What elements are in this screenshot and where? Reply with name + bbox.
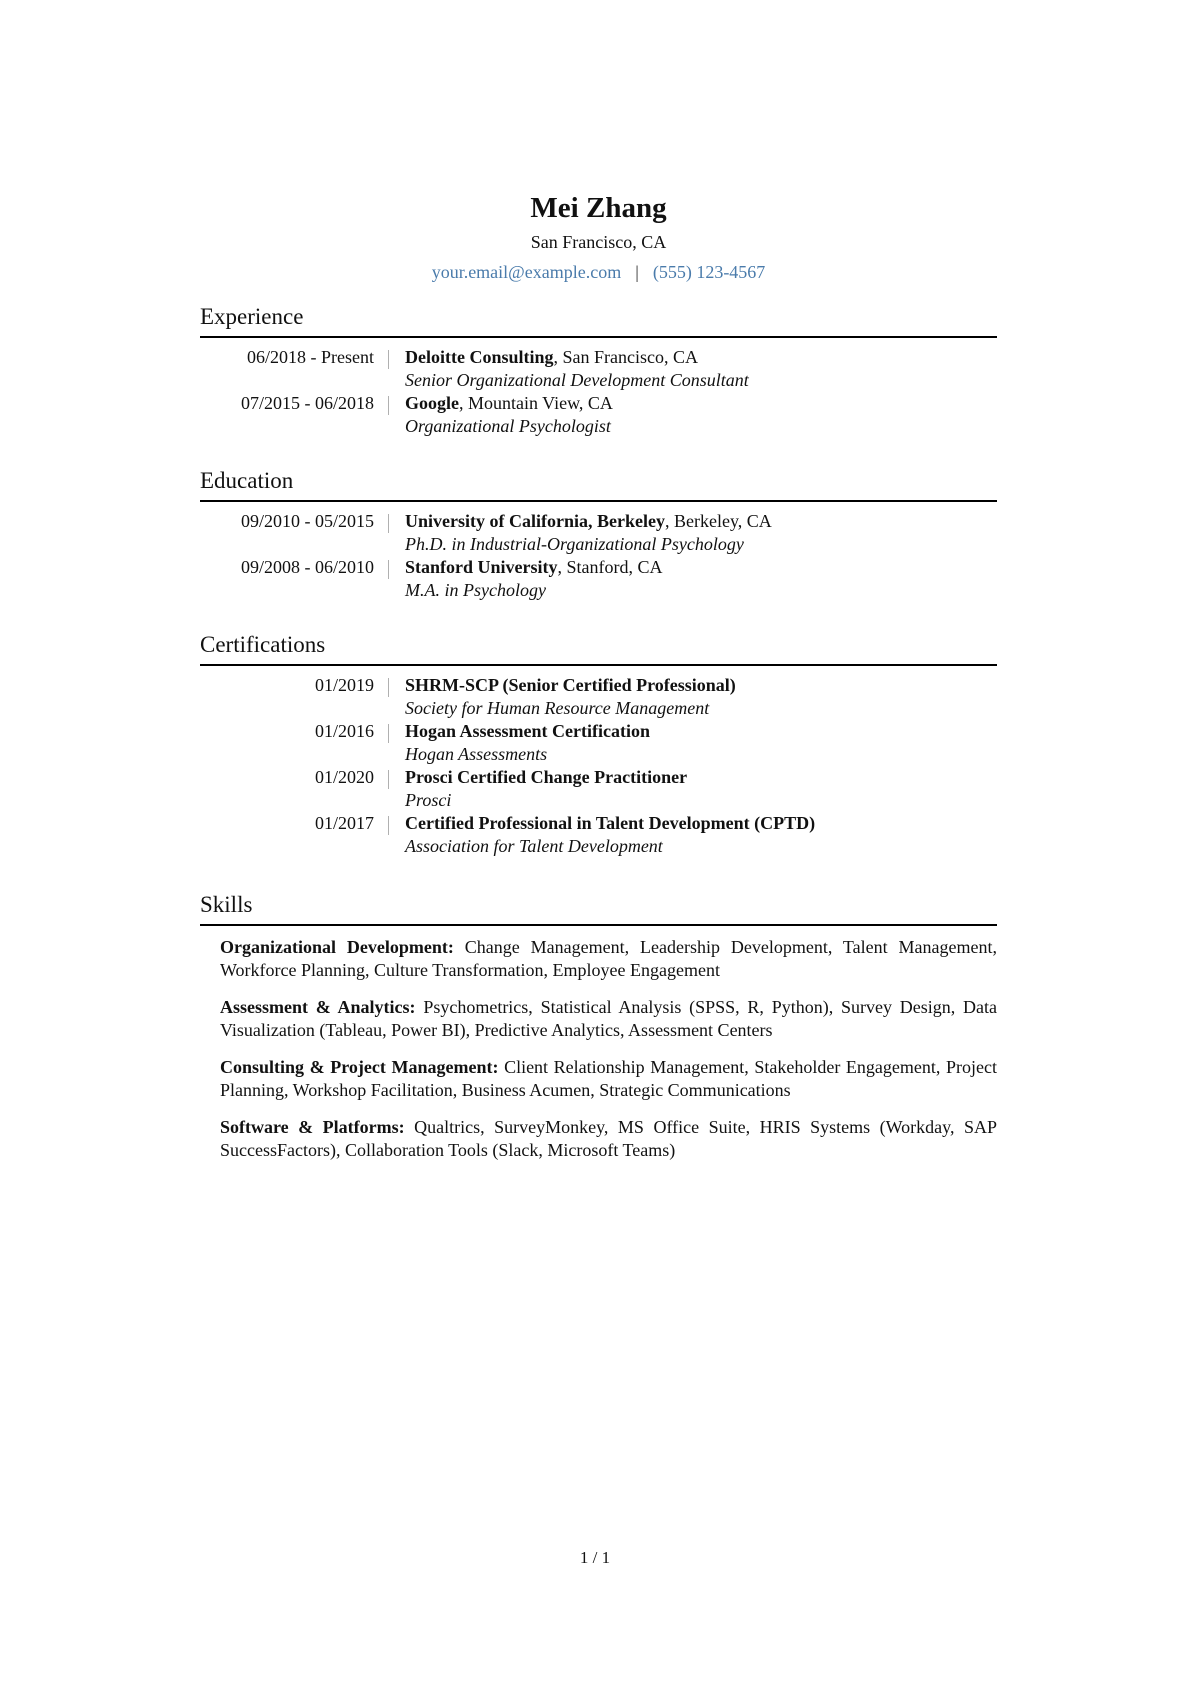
entry-role: Organizational Psychologist xyxy=(405,415,613,438)
entry-role: Prosci xyxy=(405,789,687,812)
section-divider xyxy=(200,500,997,502)
skill-group-label: Software & Platforms: xyxy=(220,1117,405,1137)
candidate-name: Mei Zhang xyxy=(200,190,997,226)
skill-group: Organizational Development: Change Manag… xyxy=(220,936,997,982)
email-link[interactable]: your.email@example.com xyxy=(432,262,622,282)
entry-body: University of California, Berkeley, Berk… xyxy=(389,510,772,556)
education-section: Education 09/2010 - 05/2015University of… xyxy=(200,467,997,602)
entry-row: 06/2018 - PresentDeloitte Consulting, Sa… xyxy=(200,346,997,392)
entry-location: , Berkeley, CA xyxy=(665,511,772,531)
certifications-list: 01/2019SHRM-SCP (Senior Certified Profes… xyxy=(200,674,997,858)
entry-date: 07/2015 - 06/2018 xyxy=(200,392,388,438)
section-divider xyxy=(200,924,997,926)
entry-location: , San Francisco, CA xyxy=(554,347,698,367)
entry-body: SHRM-SCP (Senior Certified Professional)… xyxy=(389,674,736,720)
entry-row: 01/2016Hogan Assessment CertificationHog… xyxy=(200,720,997,766)
page-indicator: 1 / 1 xyxy=(0,1548,1190,1568)
entry-role: Society for Human Resource Management xyxy=(405,697,736,720)
entry-role: M.A. in Psychology xyxy=(405,579,663,602)
skills-list: Organizational Development: Change Manag… xyxy=(200,936,997,1162)
entry-organization: Google xyxy=(405,393,459,413)
entry-organization: Prosci Certified Change Practitioner xyxy=(405,767,687,787)
experience-section: Experience 06/2018 - PresentDeloitte Con… xyxy=(200,303,997,438)
entry-organization: Certified Professional in Talent Develop… xyxy=(405,813,815,833)
entry-organization: SHRM-SCP (Senior Certified Professional) xyxy=(405,675,736,695)
entry-date: 01/2020 xyxy=(200,766,388,812)
certifications-section: Certifications 01/2019SHRM-SCP (Senior C… xyxy=(200,631,997,858)
entry-row: 01/2017Certified Professional in Talent … xyxy=(200,812,997,858)
entry-body: Prosci Certified Change PractitionerPros… xyxy=(389,766,687,812)
entry-role: Hogan Assessments xyxy=(405,743,650,766)
contact-separator: | xyxy=(635,262,639,282)
entry-location: , Stanford, CA xyxy=(558,557,663,577)
entry-row: 09/2008 - 06/2010Stanford University, St… xyxy=(200,556,997,602)
entry-body: Certified Professional in Talent Develop… xyxy=(389,812,815,858)
entry-role: Senior Organizational Development Consul… xyxy=(405,369,749,392)
skills-section: Skills Organizational Development: Chang… xyxy=(200,891,997,1162)
entry-role: Association for Talent Development xyxy=(405,835,815,858)
entry-location: , Mountain View, CA xyxy=(459,393,613,413)
skill-group: Consulting & Project Management: Client … xyxy=(220,1056,997,1102)
entry-date: 06/2018 - Present xyxy=(200,346,388,392)
resume-header: Mei Zhang San Francisco, CA your.email@e… xyxy=(200,190,997,285)
phone-link[interactable]: (555) 123-4567 xyxy=(653,262,765,282)
entry-organization: Stanford University xyxy=(405,557,558,577)
entry-row: 01/2019SHRM-SCP (Senior Certified Profes… xyxy=(200,674,997,720)
entry-body: Google, Mountain View, CAOrganizational … xyxy=(389,392,613,438)
contact-line: your.email@example.com|(555) 123-4567 xyxy=(200,259,997,285)
entry-organization: University of California, Berkeley xyxy=(405,511,665,531)
skill-group: Software & Platforms: Qualtrics, SurveyM… xyxy=(220,1116,997,1162)
entry-row: 07/2015 - 06/2018Google, Mountain View, … xyxy=(200,392,997,438)
skill-group-label: Consulting & Project Management: xyxy=(220,1057,498,1077)
section-title-education: Education xyxy=(200,467,997,495)
section-title-certifications: Certifications xyxy=(200,631,997,659)
entry-body: Hogan Assessment CertificationHogan Asse… xyxy=(389,720,650,766)
entry-body: Deloitte Consulting, San Francisco, CASe… xyxy=(389,346,749,392)
entry-organization: Deloitte Consulting xyxy=(405,347,554,367)
section-divider xyxy=(200,664,997,666)
candidate-location: San Francisco, CA xyxy=(200,229,997,255)
entry-date: 01/2017 xyxy=(200,812,388,858)
entry-body: Stanford University, Stanford, CAM.A. in… xyxy=(389,556,663,602)
section-title-skills: Skills xyxy=(200,891,997,919)
entry-row: 01/2020Prosci Certified Change Practitio… xyxy=(200,766,997,812)
section-title-experience: Experience xyxy=(200,303,997,331)
skill-group-label: Organizational Development: xyxy=(220,937,454,957)
entry-date: 09/2010 - 05/2015 xyxy=(200,510,388,556)
entry-date: 01/2016 xyxy=(200,720,388,766)
entry-organization: Hogan Assessment Certification xyxy=(405,721,650,741)
section-divider xyxy=(200,336,997,338)
skill-group: Assessment & Analytics: Psychometrics, S… xyxy=(220,996,997,1042)
experience-list: 06/2018 - PresentDeloitte Consulting, Sa… xyxy=(200,346,997,438)
entry-date: 09/2008 - 06/2010 xyxy=(200,556,388,602)
education-list: 09/2010 - 05/2015University of Californi… xyxy=(200,510,997,602)
entry-row: 09/2010 - 05/2015University of Californi… xyxy=(200,510,997,556)
entry-role: Ph.D. in Industrial-Organizational Psych… xyxy=(405,533,772,556)
entry-date: 01/2019 xyxy=(200,674,388,720)
skill-group-label: Assessment & Analytics: xyxy=(220,997,416,1017)
